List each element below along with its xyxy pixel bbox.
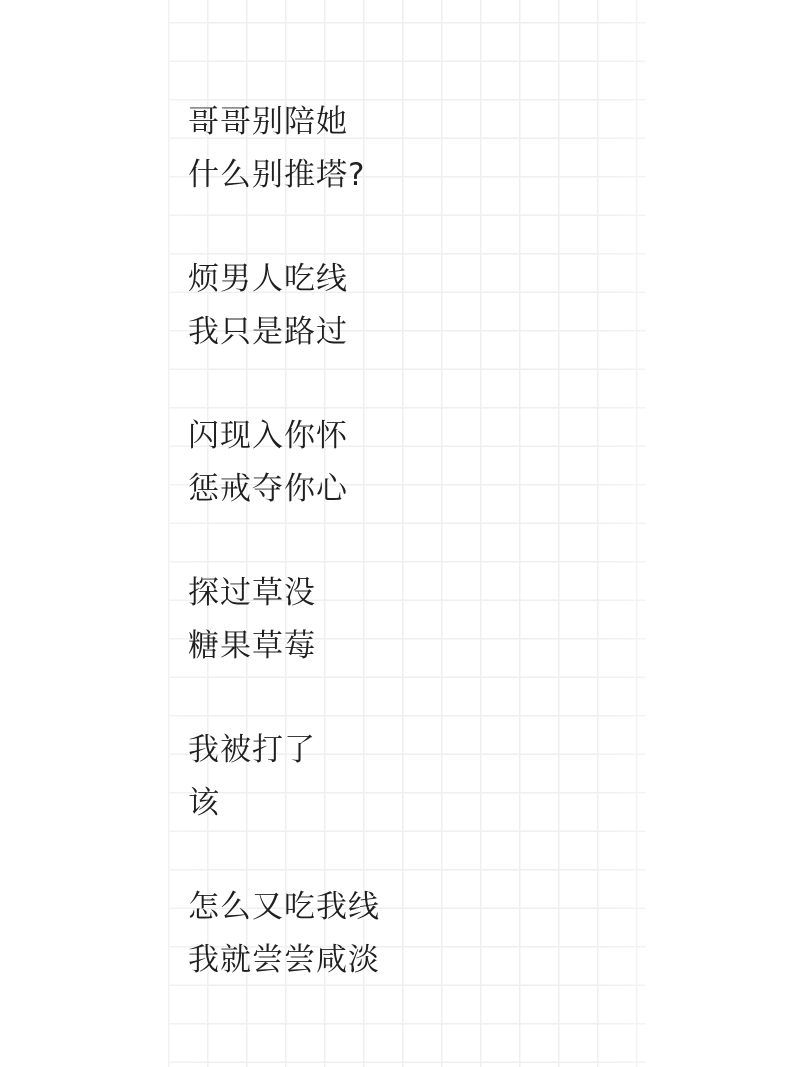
stanza-line: 糖果草莓 (188, 620, 628, 673)
stanza-5: 我被打了 该 (188, 724, 628, 830)
stanza-line: 怎么又吃我线 (188, 881, 628, 934)
stanza-6: 怎么又吃我线 我就尝尝咸淡 (188, 881, 628, 987)
text-content: 哥哥别陪她 什么别推塔? 烦男人吃线 我只是路过 闪现入你怀 惩戒夺你心 探过草… (188, 96, 628, 1038)
stanza-4: 探过草没 糖果草莓 (188, 567, 628, 673)
stanza-line: 我就尝尝咸淡 (188, 934, 628, 987)
stanza-line: 闪现入你怀 (188, 410, 628, 463)
stanza-1: 哥哥别陪她 什么别推塔? (188, 96, 628, 202)
stanza-line: 我只是路过 (188, 306, 628, 359)
stanza-line: 什么别推塔? (188, 149, 628, 202)
stanza-line: 烦男人吃线 (188, 253, 628, 306)
stanza-2: 烦男人吃线 我只是路过 (188, 253, 628, 359)
stanza-line: 我被打了 (188, 724, 628, 777)
stanza-line: 该 (188, 777, 628, 830)
stanza-line: 惩戒夺你心 (188, 463, 628, 516)
stanza-line: 哥哥别陪她 (188, 96, 628, 149)
stanza-3: 闪现入你怀 惩戒夺你心 (188, 410, 628, 516)
stanza-line: 探过草没 (188, 567, 628, 620)
